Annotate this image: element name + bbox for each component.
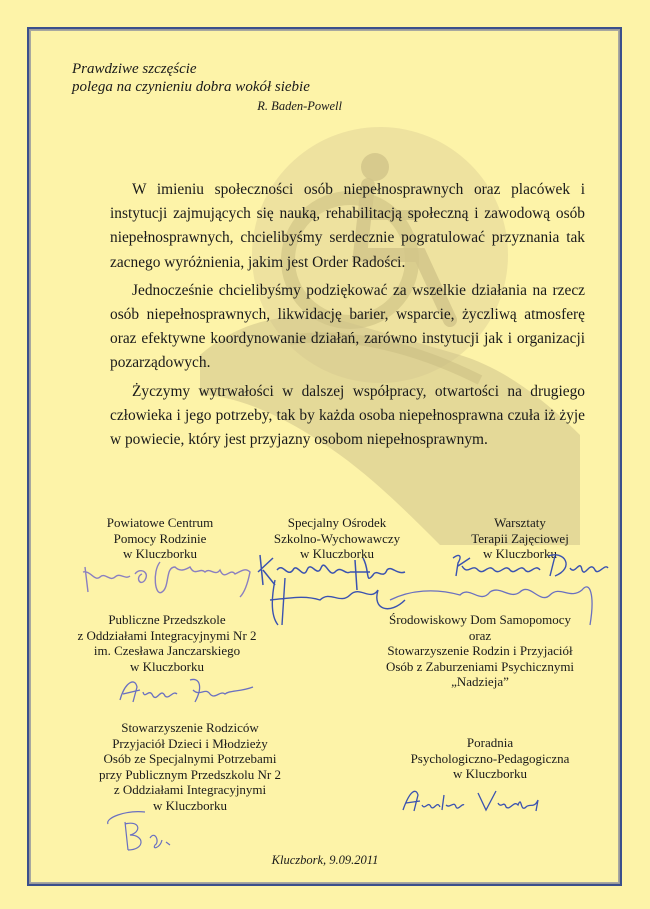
motto-line-1: Prawdziwe szczęście [72,60,352,78]
org-line: Publiczne Przedszkole [62,612,272,628]
letter-page: Prawdziwe szczęście polega na czynieniu … [0,0,650,909]
signatory-sds-nadzieja: Środowiskowy Dom Samopomocy oraz Stowarz… [355,612,605,690]
motto-line-2: polega na czynieniu dobra wokół siebie [72,78,352,96]
signatory-sosw: Specjalny Ośrodek Szkolno-Wychowawczy w … [262,515,412,562]
signatory-wtz: Warsztaty Terapii Zajęciowej w Kluczbork… [445,515,595,562]
org-line: Warsztaty [445,515,595,531]
org-line: Osób z Zaburzeniami Psychicznymi [355,659,605,675]
org-line: w Kluczborku [390,766,590,782]
letter-body: W imieniu społeczności osób niepełnospra… [110,178,585,456]
org-line: Szkolno-Wychowawczy [262,531,412,547]
org-line: „Nadzieja” [355,674,605,690]
org-line: Specjalny Ośrodek [262,515,412,531]
org-line: Pomocy Rodzinie [85,531,235,547]
org-line: Przyjaciół Dzieci i Młodzieży [85,736,295,752]
org-line: Osób ze Specjalnymi Potrzebami [85,751,295,767]
signatory-pcpr: Powiatowe Centrum Pomocy Rodzinie w Kluc… [85,515,235,562]
org-line: Środowiskowy Dom Samopomocy [355,612,605,628]
org-line: z Oddziałami Integracyjnymi Nr 2 [62,628,272,644]
org-line: Stowarzyszenie Rodziców [85,720,295,736]
org-line: w Kluczborku [262,546,412,562]
org-line: przy Publicznym Przedszkolu Nr 2 [85,767,295,783]
motto-author: R. Baden-Powell [72,97,352,115]
paragraph-wishes: Życzymy wytrwałości w dalszej współpracy… [110,380,585,453]
org-line: oraz [355,628,605,644]
org-line: Psychologiczno-Pedagogiczna [390,751,590,767]
org-line: im. Czesława Janczarskiego [62,643,272,659]
signatory-stowarzyszenie-rodzicow: Stowarzyszenie Rodziców Przyjaciół Dziec… [85,720,295,813]
org-line: Powiatowe Centrum [85,515,235,531]
org-line: Stowarzyszenie Rodzin i Przyjaciół [355,643,605,659]
org-line: w Kluczborku [62,659,272,675]
place-and-date: Kluczbork, 9.09.2011 [0,853,650,868]
signatory-przedszkole: Publiczne Przedszkole z Oddziałami Integ… [62,612,272,674]
signatory-poradnia: Poradnia Psychologiczno-Pedagogiczna w K… [390,735,590,782]
org-line: Poradnia [390,735,590,751]
paragraph-congratulations: W imieniu społeczności osób niepełnospra… [110,178,585,275]
org-line: z Oddziałami Integracyjnymi [85,782,295,798]
org-line: w Kluczborku [85,798,295,814]
org-line: w Kluczborku [445,546,595,562]
motto-quote: Prawdziwe szczęście polega na czynieniu … [72,60,352,115]
paragraph-thanks: Jednocześnie chcielibyśmy podziękować za… [110,279,585,376]
org-line: w Kluczborku [85,546,235,562]
org-line: Terapii Zajęciowej [445,531,595,547]
